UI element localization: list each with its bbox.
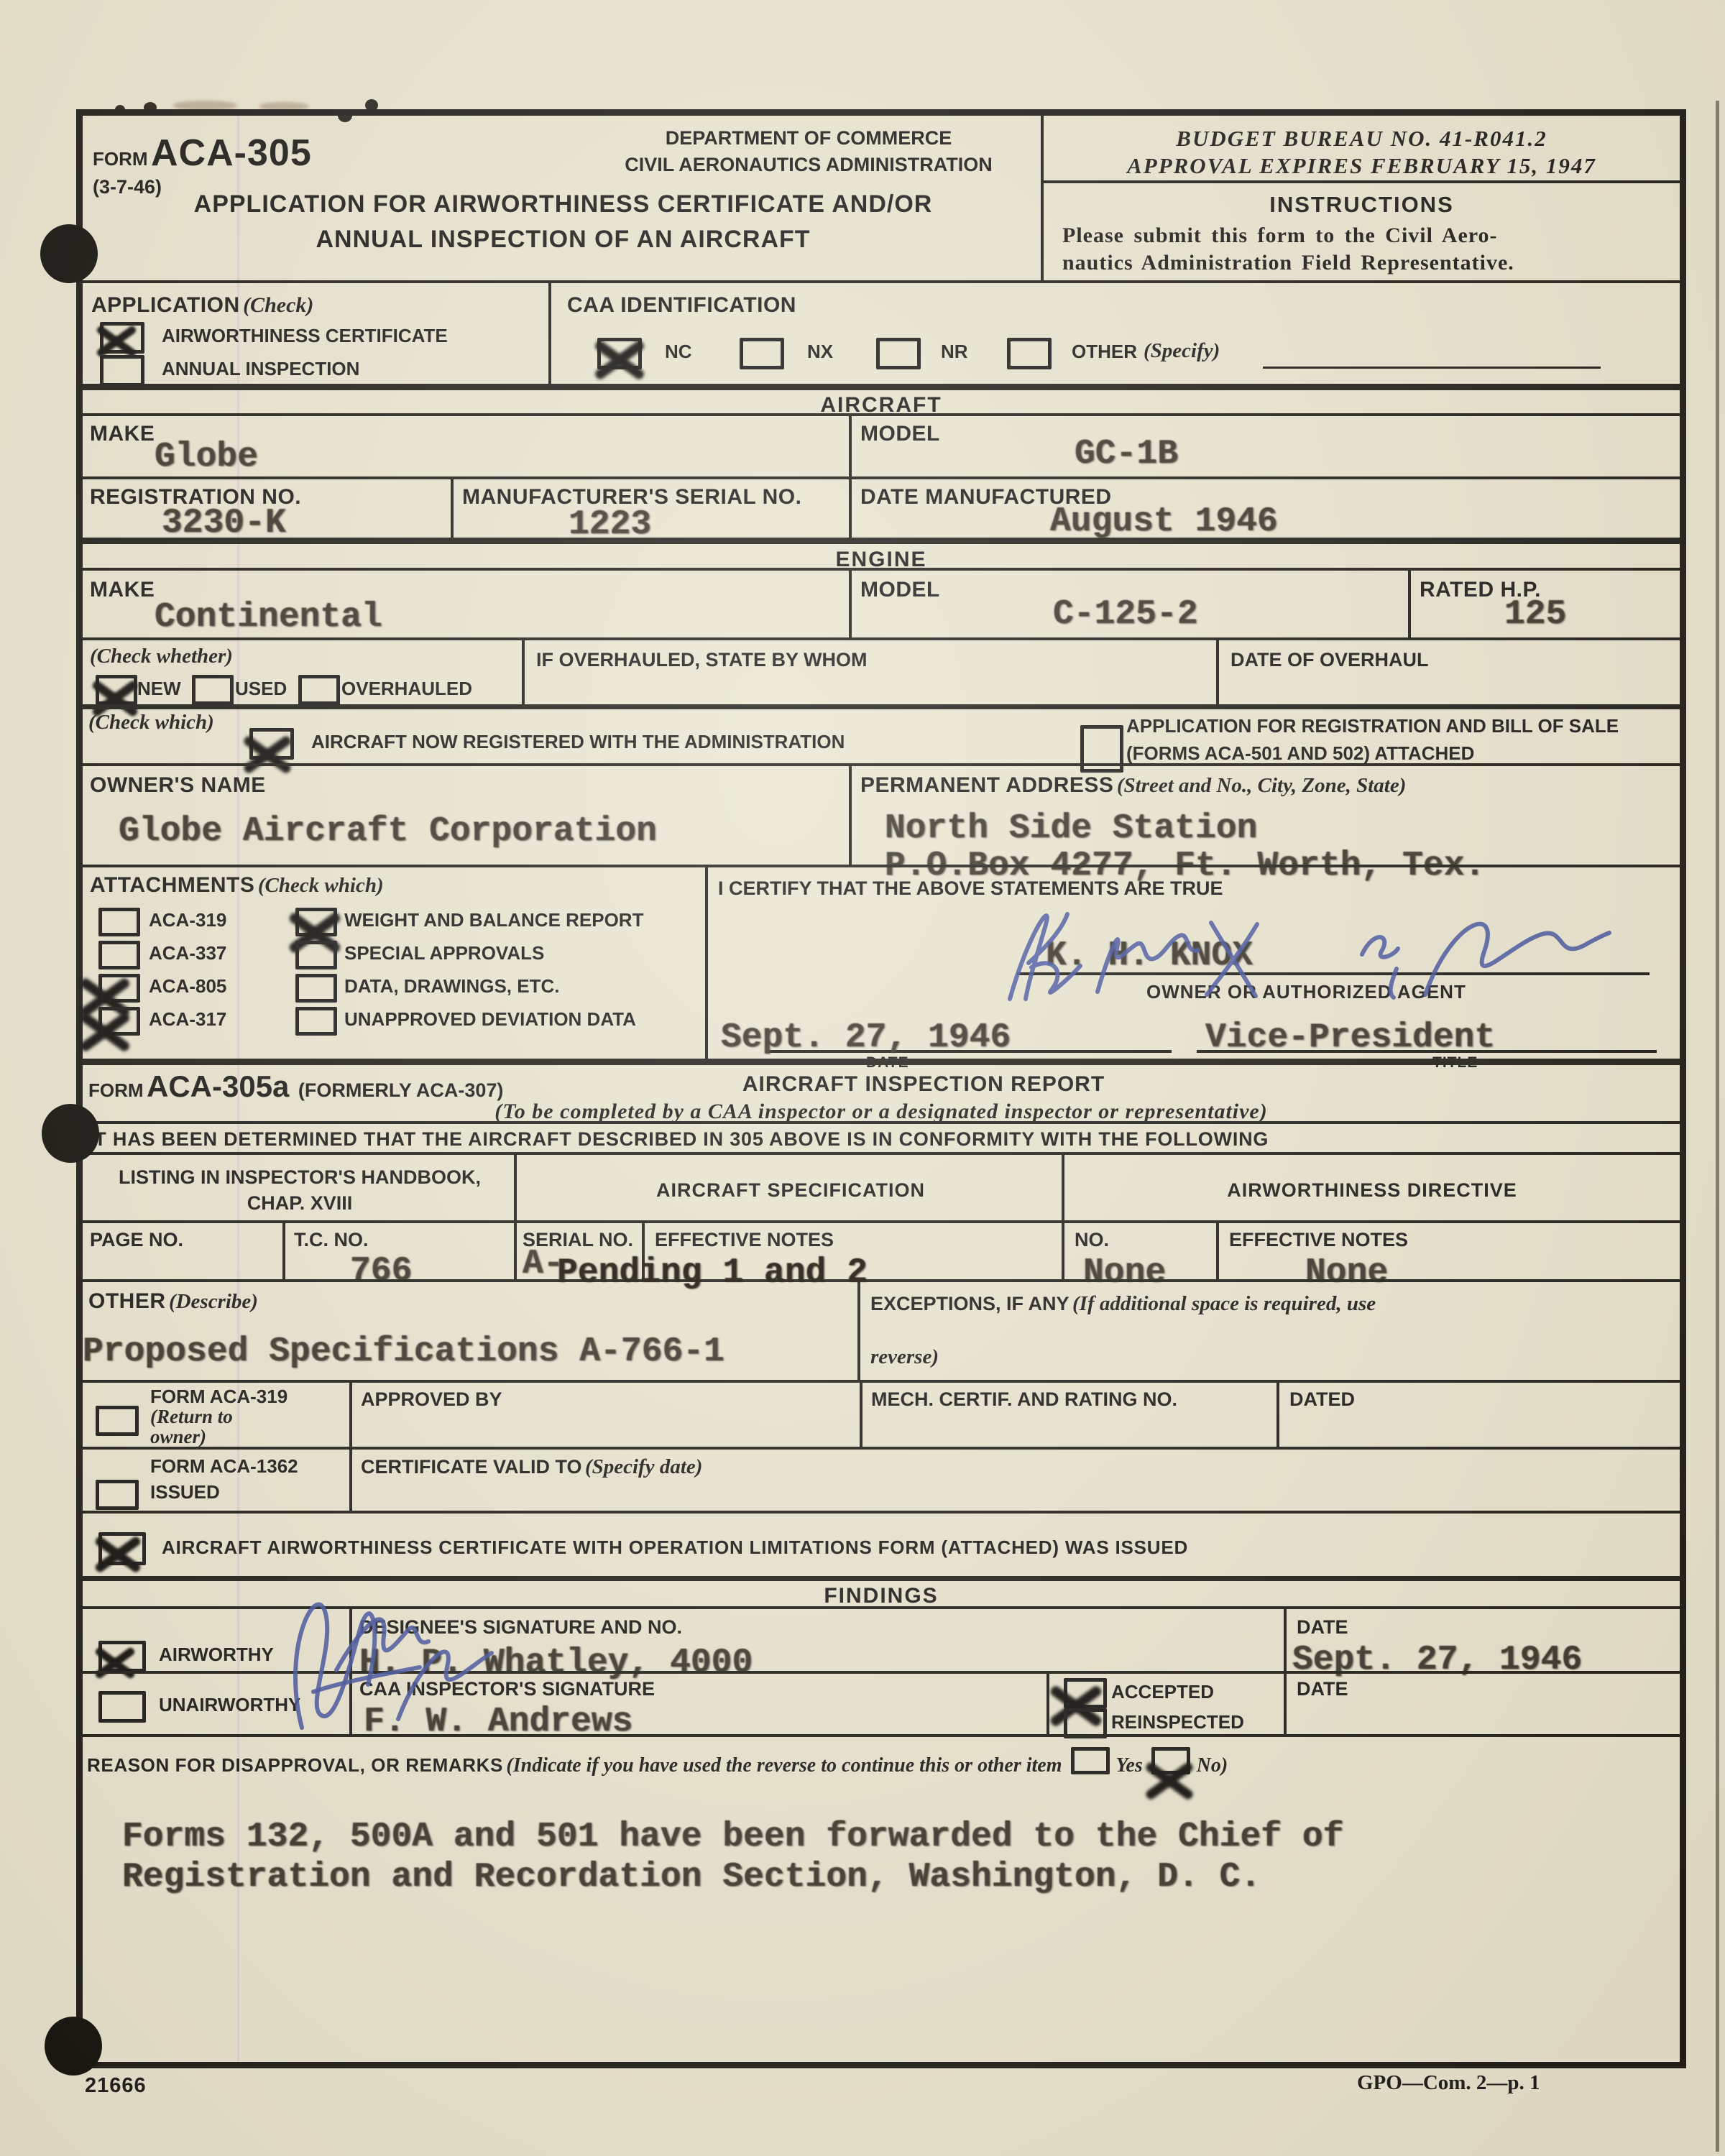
address-note: (Street and No., City, Zone, State): [1117, 774, 1407, 797]
annual-inspection-label: ANNUAL INSPECTION: [162, 358, 359, 380]
aca-319-label: ACA-319: [149, 909, 226, 931]
designee-signature-cell: DESIGNEE'S SIGNATURE AND NO. H. P. Whatl…: [349, 1609, 1287, 1671]
attachments-cell: ATTACHMENTS (Check which) ACA-319 ACA-33…: [83, 867, 708, 1059]
checkbox-used: [192, 675, 234, 705]
listing-header-line1: LISTING IN INSPECTOR'S HANDBOOK,: [83, 1166, 517, 1189]
directive-no-label: NO.: [1075, 1229, 1109, 1251]
scanned-document-page: FORM ACA-305 (3-7-46) DEPARTMENT OF COMM…: [0, 0, 1725, 2156]
form-title-line2: ANNUAL INSPECTION OF AN AIRCRAFT: [83, 226, 1044, 254]
listing-header-line2: CHAP. XVIII: [83, 1192, 517, 1215]
valid-to-label: CERTIFICATE VALID TO: [361, 1456, 582, 1478]
engine-make-cell: MAKE Continental: [83, 571, 852, 637]
airworthiness-certificate-label: AIRWORTHINESS CERTIFICATE: [162, 325, 448, 347]
date-manufactured-value: August 1946: [1050, 502, 1278, 541]
accepted-reinspected-cell: ACCEPTED REINSPECTED: [1049, 1674, 1287, 1734]
checkbox-unairworthy: [98, 1691, 146, 1723]
form-aca-319-return1: (Return to: [150, 1406, 233, 1428]
application-label-line: APPLICATION (Check): [91, 293, 313, 318]
tc-no-cell: T.C. NO. 766: [285, 1223, 517, 1279]
dated-label: DATED: [1289, 1388, 1355, 1411]
address-label: PERMANENT ADDRESS: [860, 773, 1113, 797]
checkbox-special-approvals: [295, 941, 337, 969]
serial-cell: MANUFACTURER'S SERIAL NO. 1223: [454, 479, 852, 538]
dept-line1: DEPARTMENT OF COMMERCE: [579, 127, 1039, 149]
other-blank-line: [1263, 367, 1601, 369]
checkbox-airworthiness-certificate: [100, 322, 144, 354]
header-right-cell: BUDGET BUREAU NO. 41-R041.2 APPROVAL EXP…: [1044, 116, 1680, 280]
special-approvals-label: SPECIAL APPROVALS: [344, 942, 544, 964]
reinspected-label: REINSPECTED: [1111, 1711, 1244, 1733]
aca-805-label: ACA-805: [149, 975, 226, 998]
inspection-report-title: AIRCRAFT INSPECTION REPORT: [672, 1072, 1175, 1097]
aircraft-make-cell: MAKE Globe: [83, 416, 852, 476]
new-label: NEW: [137, 678, 181, 700]
aa-certificate-label: AIRCRAFT AIRWORTHINESS CERTIFICATE WITH …: [162, 1537, 1188, 1559]
budget-line2: APPROVAL EXPIRES FEBRUARY 15, 1947: [1044, 153, 1680, 179]
owner-name-label: OWNER'S NAME: [90, 773, 266, 798]
determination-text: IT HAS BEEN DETERMINED THAT THE AIRCRAFT…: [88, 1128, 1269, 1151]
unairworthy-label: UNAIRWORTHY: [159, 1694, 300, 1716]
approved-by-cell: APPROVED BY: [352, 1383, 862, 1447]
form-305a-word: FORM: [88, 1079, 144, 1101]
page-edge-shadow: [1716, 101, 1719, 2152]
checkbox-aca-319: [98, 908, 140, 936]
certification-cell: I CERTIFY THAT THE ABOVE STATEMENTS ARE …: [708, 867, 1680, 1059]
dept-line2: CIVIL AERONAUTICS ADMINISTRATION: [579, 154, 1039, 176]
checkbox-nc: [597, 338, 642, 369]
registration-cell: REGISTRATION NO. 3230-K: [83, 479, 454, 538]
exceptions-cell: EXCEPTIONS, IF ANY (If additional space …: [860, 1282, 1680, 1380]
other-label-line: OTHER (Describe): [88, 1289, 258, 1314]
checkbox-remarks-no: [1151, 1747, 1190, 1774]
aca-337-label: ACA-337: [149, 942, 226, 964]
approved-by-label: APPROVED BY: [361, 1388, 502, 1411]
mech-certif-label: MECH. CERTIF. AND RATING NO.: [871, 1388, 1177, 1411]
budget-line1: BUDGET BUREAU NO. 41-R041.2: [1044, 126, 1680, 152]
registered-label: AIRCRAFT NOW REGISTERED WITH THE ADMINIS…: [311, 731, 845, 753]
weight-balance-label: WEIGHT AND BALANCE REPORT: [344, 909, 643, 931]
findings-date-cell-2: DATE: [1287, 1674, 1680, 1734]
aircraft-make-value: Globe: [155, 438, 258, 476]
findings-section-title: FINDINGS: [83, 1584, 1680, 1608]
checkbox-aca-317: [98, 1007, 140, 1036]
registration-value: 3230-K: [162, 504, 286, 543]
form-aca-1362-issued: ISSUED: [150, 1481, 220, 1503]
registration-status-row: (Check which) AIRCRAFT NOW REGISTERED WI…: [83, 704, 1680, 763]
dated-cell: DATED: [1279, 1383, 1680, 1447]
aca-317-label: ACA-317: [149, 1008, 226, 1031]
unairworthy-cell: UNAIRWORTHY: [83, 1674, 349, 1734]
directive-no-cell: NO. None: [1064, 1223, 1219, 1279]
attachments-label: ATTACHMENTS: [90, 873, 254, 897]
directive-notes-label: EFFECTIVE NOTES: [1229, 1229, 1408, 1251]
aca319-cell: FORM ACA-319 (Return to owner): [83, 1383, 352, 1447]
checkbox-data-drawings: [295, 974, 337, 1003]
aircraft-model-cell: MODEL GC-1B: [852, 416, 1680, 476]
check-whether-cell: (Check whether) NEW USED OVERHAULED: [83, 640, 525, 704]
aircraft-make-label: MAKE: [90, 422, 155, 446]
checkbox-accepted: [1064, 1678, 1107, 1708]
findings-date-label-2: DATE: [1297, 1678, 1348, 1700]
remarks-body: Forms 132, 500A and 501 have been forwar…: [83, 1772, 1680, 2062]
form-number-block: FORM ACA-305 (3-7-46): [93, 132, 312, 198]
aircraft-model-value: GC-1B: [1075, 435, 1178, 474]
checkbox-unapproved-deviation: [295, 1007, 337, 1036]
form-aca-319-label: FORM ACA-319: [150, 1386, 287, 1408]
aa-certificate-row: AIRCRAFT AIRWORTHINESS CERTIFICATE WITH …: [83, 1511, 1680, 1576]
inspection-report-subtitle: (To be completed by a CAA inspector or a…: [83, 1100, 1680, 1124]
checkbox-nx: [740, 338, 784, 369]
certification-date-value: Sept. 27, 1946: [721, 1018, 1011, 1057]
used-label: USED: [235, 678, 287, 700]
engine-make-value: Continental: [155, 598, 382, 637]
mech-certif-cell: MECH. CERTIF. AND RATING NO.: [862, 1383, 1279, 1447]
form-305a-block: FORM ACA-305a (FORMERLY ACA-307): [88, 1069, 503, 1104]
hole-punch-top: [40, 224, 98, 283]
checkbox-form-aca-1362: [96, 1480, 139, 1510]
other-describe-note: (Describe): [169, 1290, 258, 1313]
effective-notes-label: EFFECTIVE NOTES: [655, 1229, 834, 1251]
other-describe-label: OTHER: [88, 1289, 166, 1313]
certification-title-value: Vice-President: [1205, 1018, 1495, 1057]
engine-model-label: MODEL: [860, 578, 940, 602]
overhaul-date-cell: DATE OF OVERHAUL: [1219, 640, 1680, 704]
form-305a-number: ACA-305a: [147, 1069, 289, 1103]
check-mark: [96, 1538, 139, 1571]
airworthy-label: AIRWORTHY: [159, 1644, 274, 1666]
caa-identification-cell: CAA IDENTIFICATION NC NX NR OTHER (Speci…: [551, 283, 1680, 384]
check-mark: [82, 1014, 129, 1050]
listing-header-row: LISTING IN INSPECTOR'S HANDBOOK, CHAP. X…: [83, 1152, 1680, 1220]
engine-condition-row: (Check whether) NEW USED OVERHAULED IF O…: [83, 637, 1680, 704]
instructions-title: INSTRUCTIONS: [1044, 192, 1680, 218]
exceptions-label: EXCEPTIONS, IF ANY: [870, 1293, 1069, 1314]
page-no-label: PAGE NO.: [90, 1229, 183, 1251]
caa-identification-label: CAA IDENTIFICATION: [567, 293, 796, 318]
engine-section-band: ENGINE: [83, 538, 1680, 568]
form-aca-319-return2: owner): [150, 1426, 206, 1448]
checkbox-form-aca-319: [96, 1406, 139, 1436]
aircraft-spec-header-cell: AIRCRAFT SPECIFICATION: [517, 1155, 1064, 1220]
exceptions-line1: EXCEPTIONS, IF ANY (If additional space …: [870, 1292, 1376, 1316]
certify-statement: I CERTIFY THAT THE ABOVE STATEMENTS ARE …: [718, 877, 1223, 900]
hole-punch-bottom: [45, 2017, 102, 2076]
aircraft-model-label: MODEL: [860, 422, 940, 446]
instructions-line2: nautics Administration Field Representat…: [1062, 251, 1514, 275]
aca1362-cell: FORM ACA-1362 ISSUED: [83, 1450, 352, 1511]
footer-serial: 21666: [85, 2074, 147, 2098]
signer-typed-name: K. H. KNOX: [1046, 936, 1253, 975]
page-no-cell: PAGE NO.: [83, 1223, 285, 1279]
checkbox-airworthy: [98, 1641, 146, 1672]
checkbox-registered: [249, 728, 294, 760]
date-manufactured-cell: DATE MANUFACTURED August 1946: [852, 479, 1680, 538]
engine-model-value: C-125-2: [1053, 595, 1198, 634]
directive-notes-cell: EFFECTIVE NOTES None: [1219, 1223, 1680, 1279]
remarks-label-row: REASON FOR DISAPPROVAL, OR REMARKS (Indi…: [83, 1734, 1680, 1772]
attachments-certify-row: ATTACHMENTS (Check which) ACA-319 ACA-33…: [83, 865, 1680, 1059]
aircraft-registration-row: REGISTRATION NO. 3230-K MANUFACTURER'S S…: [83, 476, 1680, 538]
application-label: APPLICATION: [91, 293, 240, 317]
data-drawings-label: DATA, DRAWINGS, ETC.: [344, 975, 559, 998]
instructions-line1: Please submit this form to the Civil Aer…: [1062, 224, 1498, 248]
findings-date-cell-1: DATE Sept. 27, 1946: [1287, 1609, 1680, 1671]
owner-name-cell: OWNER'S NAME Globe Aircraft Corporation: [83, 766, 852, 865]
engine-model-cell: MODEL C-125-2: [852, 571, 1411, 637]
certificate-valid-cell: CERTIFICATE VALID TO (Specify date): [352, 1450, 1680, 1511]
footer-gpo: GPO—Com. 2—p. 1: [1357, 2071, 1540, 2095]
rated-hp-cell: RATED H.P. 125: [1411, 571, 1680, 637]
check-mark: [98, 327, 135, 356]
form-word: FORM: [93, 148, 148, 170]
instructions-box: INSTRUCTIONS Please submit this form to …: [1044, 180, 1680, 280]
accepted-label: ACCEPTED: [1111, 1681, 1214, 1703]
checkbox-nr: [876, 338, 921, 369]
inspection-report-header: FORM ACA-305a (FORMERLY ACA-307) AIRCRAF…: [83, 1059, 1680, 1121]
application-caa-row: APPLICATION (Check) AIRWORTHINESS CERTIF…: [83, 280, 1680, 384]
check-mark: [597, 342, 643, 378]
attachments-label-line: ATTACHMENTS (Check which): [90, 873, 384, 898]
form-aca-305: FORM ACA-305 (3-7-46) DEPARTMENT OF COMM…: [76, 109, 1686, 2068]
nc-label: NC: [665, 341, 692, 363]
aca319-process-row: FORM ACA-319 (Return to owner) APPROVED …: [83, 1380, 1680, 1447]
effective-notes-value: Pending 1 and 2: [557, 1253, 868, 1292]
form-aca-1362-label: FORM ACA-1362: [150, 1455, 298, 1478]
aircraft-make-model-row: MAKE Globe MODEL GC-1B: [83, 413, 1680, 476]
owner-row: OWNER'S NAME Globe Aircraft Corporation …: [83, 763, 1680, 865]
rated-hp-value: 125: [1504, 595, 1566, 634]
attachments-label-note: (Check which): [258, 874, 384, 897]
overhaul-by-label: IF OVERHAULED, STATE BY WHOM: [536, 649, 868, 671]
checkbox-aca-805: [98, 974, 140, 1003]
checkbox-other: [1007, 338, 1052, 369]
nr-label: NR: [941, 341, 968, 363]
checkbox-remarks-yes: [1071, 1747, 1110, 1774]
check-whether-note: (Check whether): [90, 645, 233, 668]
findings-band: FINDINGS: [83, 1576, 1680, 1606]
caa-inspector-label: CAA INSPECTOR'S SIGNATURE: [359, 1678, 655, 1700]
airworthiness-directive-header: AIRWORTHINESS DIRECTIVE: [1064, 1179, 1680, 1202]
budget-bureau-box: BUDGET BUREAU NO. 41-R041.2 APPROVAL EXP…: [1044, 116, 1680, 180]
checkbox-weight-balance: [295, 908, 337, 936]
form-title-block: APPLICATION FOR AIRWORTHINESS CERTIFICAT…: [83, 190, 1044, 254]
unapproved-deviation-label: UNAPPROVED DEVIATION DATA: [344, 1008, 636, 1031]
checkbox-overhauled: [298, 675, 340, 705]
findings-date-label-1: DATE: [1297, 1616, 1348, 1639]
department-block: DEPARTMENT OF COMMERCE CIVIL AERONAUTICS…: [579, 127, 1039, 176]
exceptions-note1: (If additional space is required, use: [1072, 1292, 1376, 1315]
checkbox-aca-337: [98, 941, 140, 969]
remarks-body-line1: Forms 132, 500A and 501 have been forwar…: [122, 1818, 1343, 1856]
other-value: Proposed Specifications A-766-1: [83, 1332, 724, 1371]
other-describe-cell: OTHER (Describe) Proposed Specifications…: [83, 1282, 860, 1380]
designee-signature-label: DESIGNEE'S SIGNATURE AND NO.: [359, 1616, 682, 1639]
determination-row: IT HAS BEEN DETERMINED THAT THE AIRCRAFT…: [83, 1121, 1680, 1152]
form-title-line1: APPLICATION FOR AIRWORTHINESS CERTIFICAT…: [83, 190, 1044, 218]
listing-header-cell: LISTING IN INSPECTOR'S HANDBOOK, CHAP. X…: [83, 1155, 517, 1220]
hole-punch-middle: [42, 1104, 99, 1163]
overhaul-date-label: DATE OF OVERHAUL: [1230, 649, 1429, 671]
other-exceptions-row: OTHER (Describe) Proposed Specifications…: [83, 1279, 1680, 1380]
owner-address-cell: PERMANENT ADDRESS (Street and No., City,…: [852, 766, 1680, 865]
checkbox-annual-inspection: [100, 355, 144, 387]
spec-values-row: PAGE NO. T.C. NO. 766 SERIAL NO. A- EFFE…: [83, 1220, 1680, 1279]
aca1362-row: FORM ACA-1362 ISSUED CERTIFICATE VALID T…: [83, 1447, 1680, 1511]
application-label-note: (Check): [243, 293, 313, 317]
remarks-body-line2: Registration and Recordation Section, Wa…: [122, 1858, 1261, 1897]
airworthiness-directive-header-cell: AIRWORTHINESS DIRECTIVE: [1064, 1155, 1680, 1220]
form-number: ACA-305: [151, 132, 312, 174]
owner-name-value: Globe Aircraft Corporation: [119, 812, 657, 851]
checkbox-aa-certificate-issued: [98, 1532, 146, 1565]
application-cell: APPLICATION (Check) AIRWORTHINESS CERTIF…: [83, 283, 551, 384]
valid-to-line: CERTIFICATE VALID TO (Specify date): [361, 1455, 702, 1479]
overhauled-label: OVERHAULED: [341, 678, 472, 700]
checkbox-new: [96, 675, 137, 705]
overhaul-by-cell: IF OVERHAULED, STATE BY WHOM: [525, 640, 1219, 704]
header-section: FORM ACA-305 (3-7-46) DEPARTMENT OF COMM…: [83, 116, 1680, 280]
signer-role-label: OWNER OR AUTHORIZED AGENT: [1146, 981, 1466, 1003]
exceptions-note2: reverse): [870, 1345, 939, 1369]
findings-row-1: AIRWORTHY DESIGNEE'S SIGNATURE AND NO. H…: [83, 1606, 1680, 1671]
valid-to-note: (Specify date): [585, 1455, 702, 1478]
engine-make-label: MAKE: [90, 578, 155, 602]
engine-make-model-row: MAKE Continental MODEL C-125-2 RATED H.P…: [83, 568, 1680, 637]
application-attached-line2: (FORMS ACA-501 AND 502) ATTACHED: [1126, 742, 1474, 765]
findings-row-2: UNAIRWORTHY CAA INSPECTOR'S SIGNATURE F.…: [83, 1671, 1680, 1734]
check-which-note: (Check which): [88, 711, 214, 734]
form-305a-formerly: (FORMERLY ACA-307): [298, 1079, 504, 1101]
address-label-line: PERMANENT ADDRESS (Street and No., City,…: [860, 773, 1406, 798]
application-attached-line1: APPLICATION FOR REGISTRATION AND BILL OF…: [1126, 715, 1619, 737]
address-line1: North Side Station: [885, 809, 1257, 848]
tc-no-label: T.C. NO.: [294, 1229, 369, 1251]
caa-inspector-cell: CAA INSPECTOR'S SIGNATURE F. W. Andrews: [349, 1674, 1049, 1734]
other-specify-note: (Specify): [1144, 339, 1220, 363]
other-label: OTHER: [1072, 341, 1137, 363]
aircraft-section-band: AIRCRAFT: [83, 384, 1680, 413]
header-left-cell: FORM ACA-305 (3-7-46) DEPARTMENT OF COMM…: [83, 116, 1044, 280]
aircraft-spec-header: AIRCRAFT SPECIFICATION: [517, 1179, 1064, 1202]
airworthy-cell: AIRWORTHY: [83, 1609, 349, 1671]
nx-label: NX: [807, 341, 833, 363]
